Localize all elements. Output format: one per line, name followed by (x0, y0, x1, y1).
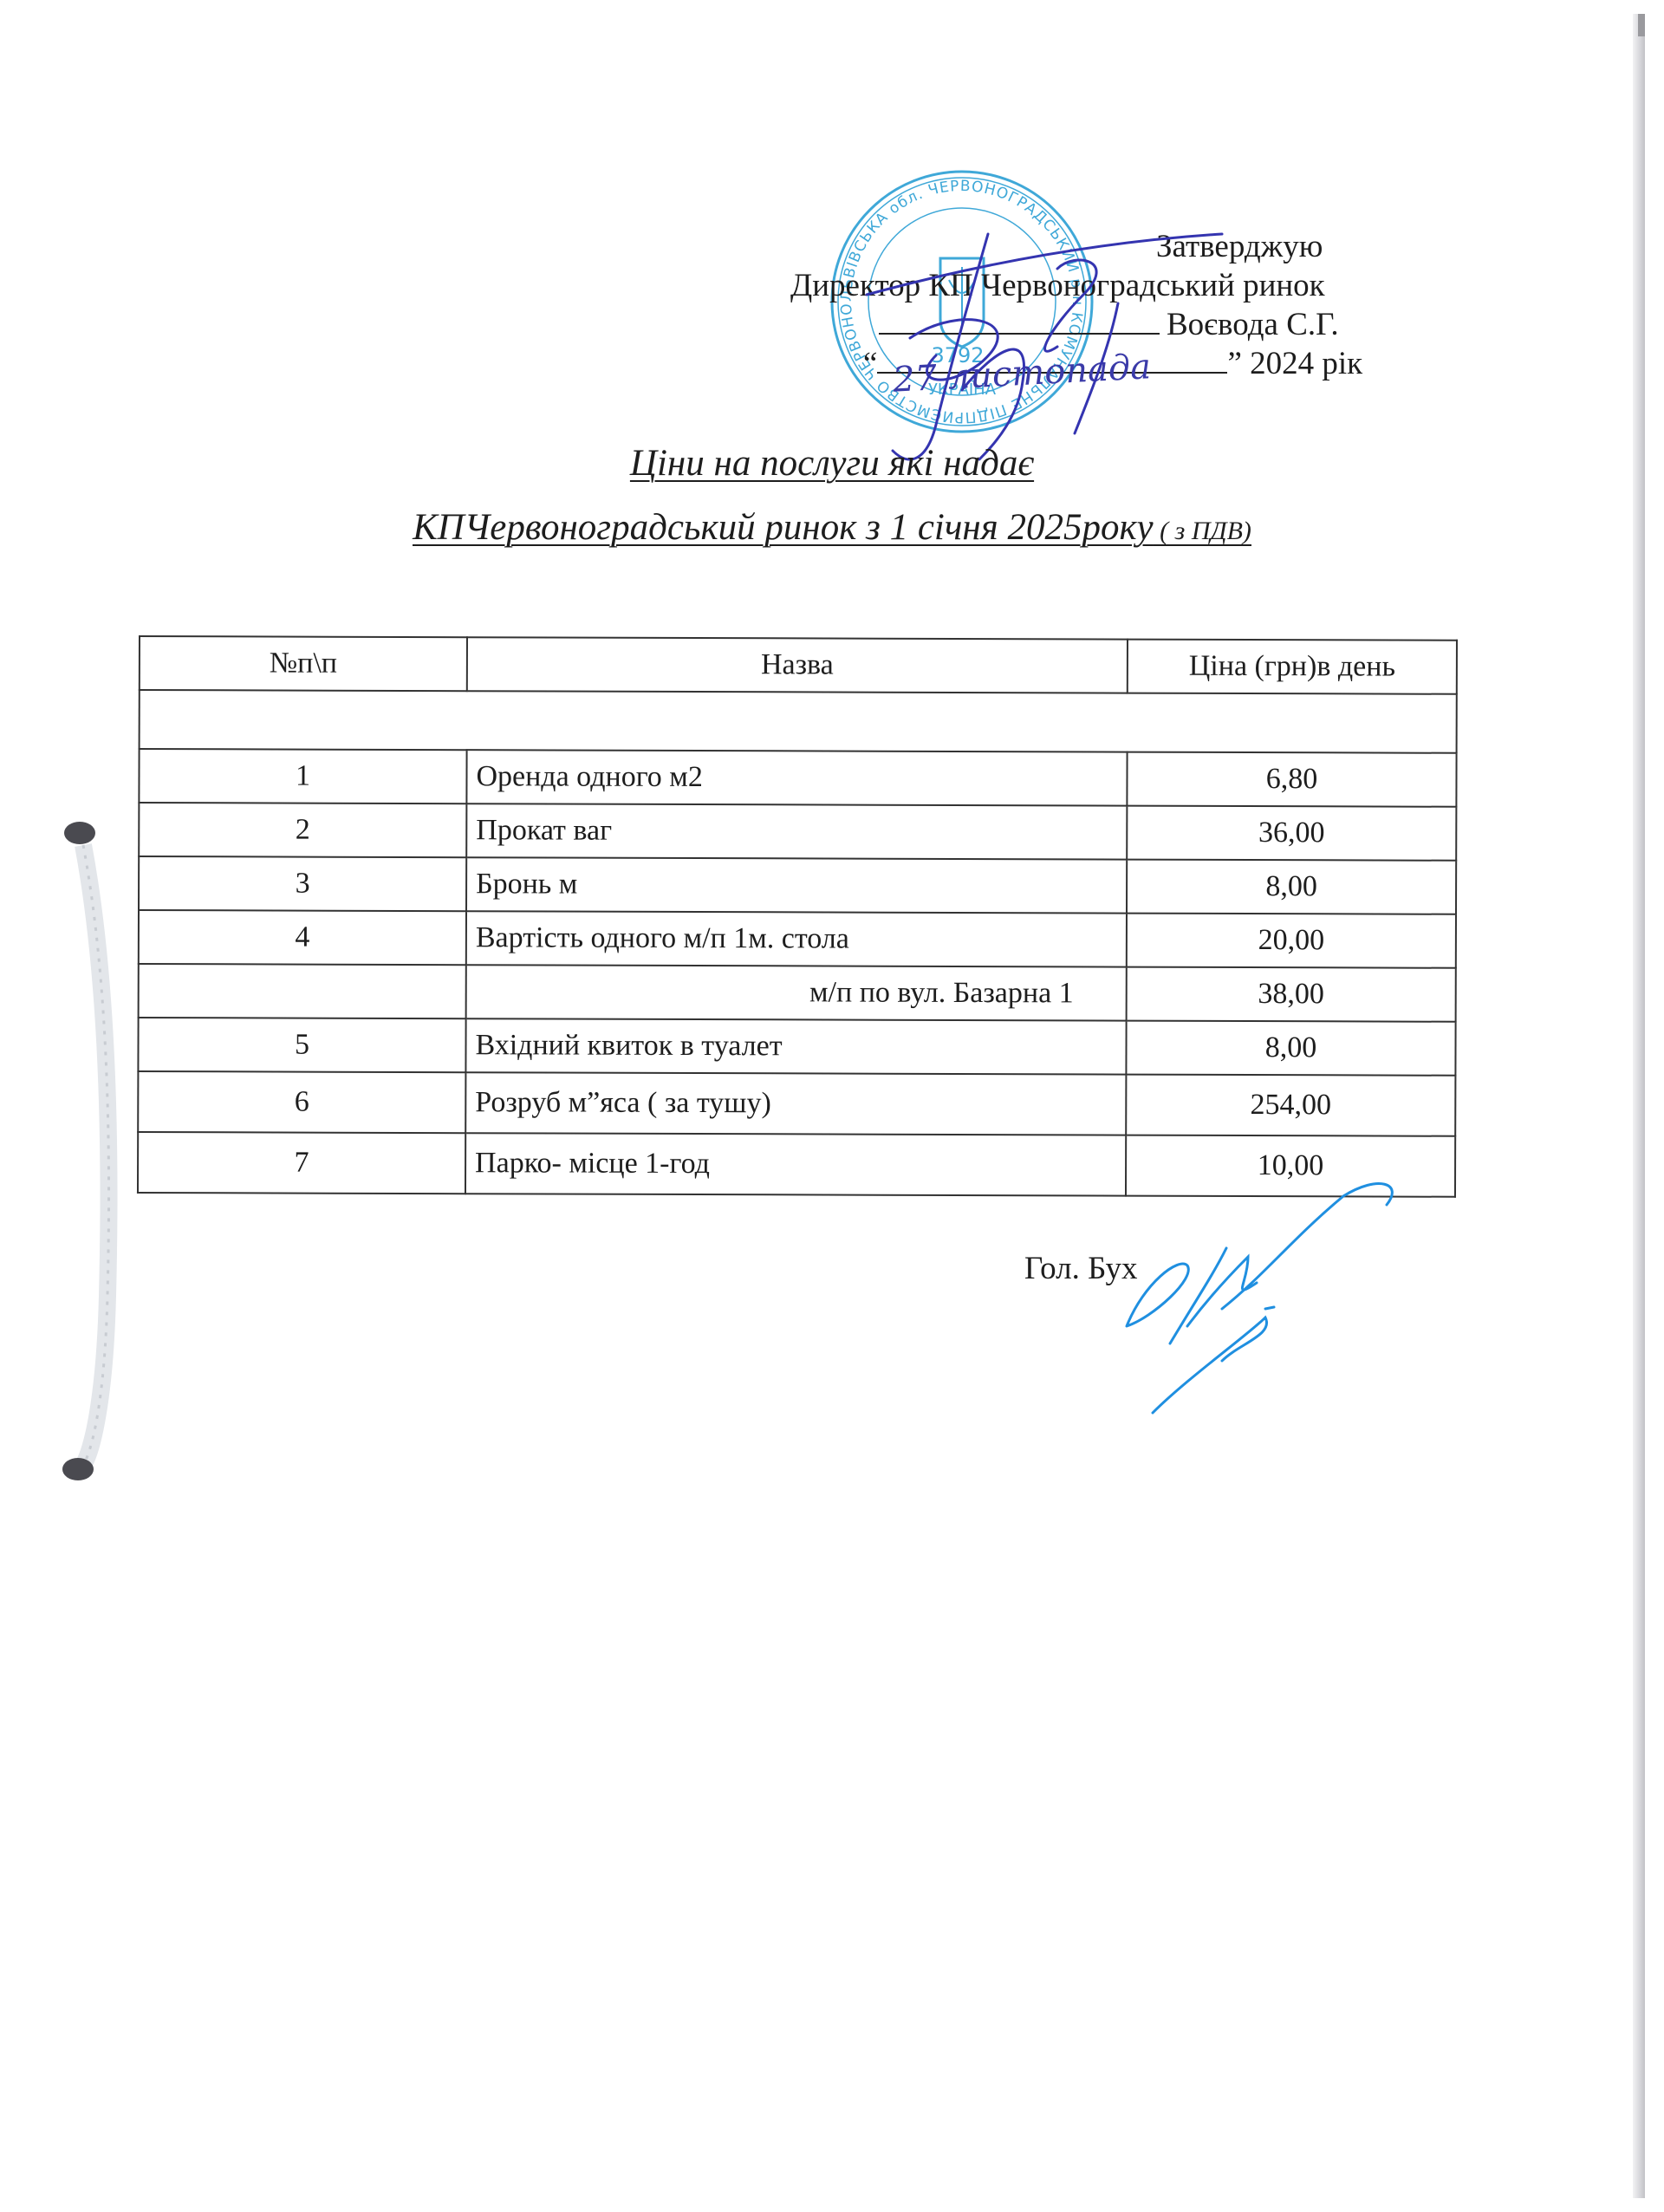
table-row: м/п по вул. Базарна 1 38,00 (139, 964, 1456, 1022)
vat-note: ( з ПДВ) (1154, 517, 1251, 545)
table-row: 6 Розруб м”яса ( за тушу) 254,00 (138, 1071, 1455, 1136)
table-row: 1 Оренда одного м2 6,80 (139, 749, 1456, 807)
table-header-row: №п\п Назва Ціна (грн)в день (140, 636, 1457, 694)
accountant-signature (1118, 1179, 1456, 1422)
approval-date-year: ” 2024 рік (1227, 346, 1362, 381)
price-table: №п\п Назва Ціна (грн)в день 1 Оренда одн… (137, 635, 1458, 1198)
header-number: №п\п (140, 636, 467, 691)
header-name: Назва (467, 637, 1128, 693)
table-row: 5 Вхідний квиток в туалет 8,00 (138, 1018, 1455, 1076)
document-title-line1: Ціни на послуги які надає (0, 442, 1664, 485)
table-row-empty (140, 690, 1457, 753)
table-row: 3 Бронь м 8,00 (139, 856, 1456, 914)
header-price: Ціна (грн)в день (1128, 640, 1457, 694)
director-signature (858, 217, 1239, 477)
scan-edge (1633, 14, 1645, 2198)
document-title-line2: КПЧервоноградський ринок з 1 січня 2025р… (0, 506, 1664, 549)
binding-cord (57, 810, 127, 1487)
table-row: 4 Вартість одного м/п 1м. стола 20,00 (139, 910, 1456, 968)
table-row: 2 Прокат ваг 36,00 (139, 803, 1456, 861)
